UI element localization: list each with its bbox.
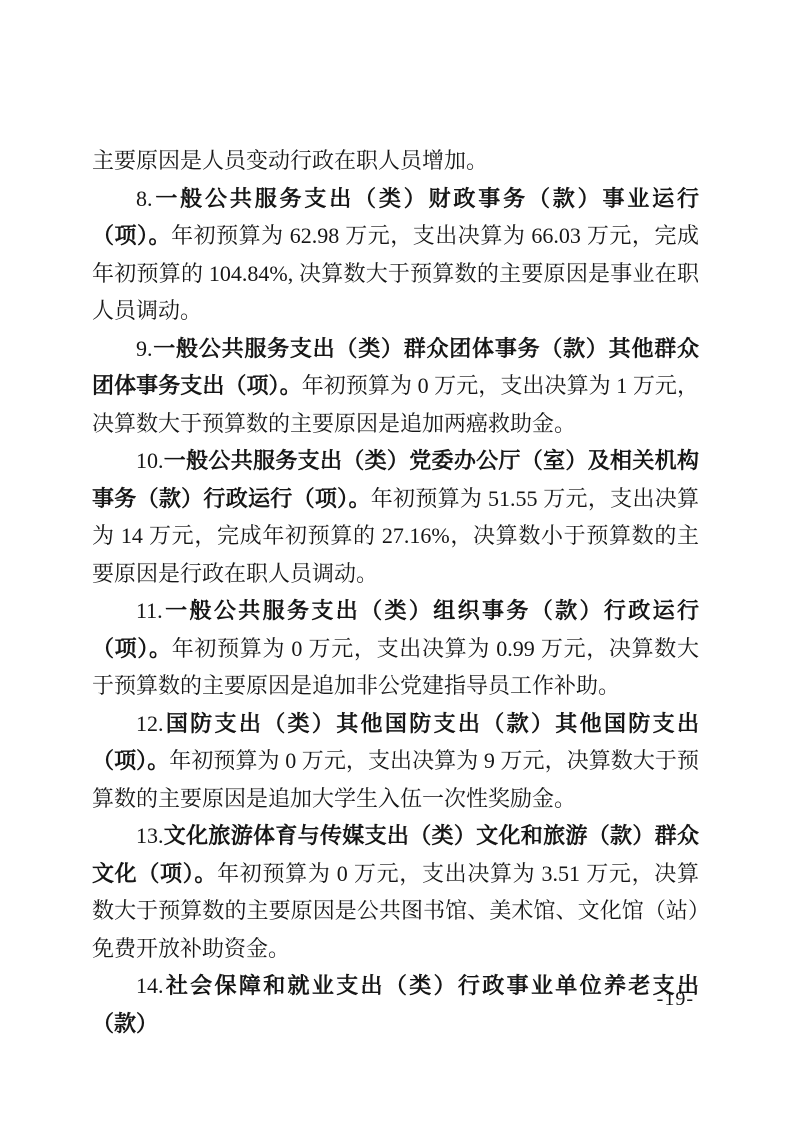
paragraph-body: 主要原因是人员变动行政在职人员增加。 [92, 148, 488, 173]
paragraph-body: 年初预算为 0 万元，支出决算为 0.99 万元，决算数大于预算数的主要原因是追… [92, 636, 699, 699]
paragraph: 主要原因是人员变动行政在职人员增加。 [92, 142, 699, 180]
paragraph-number: 14. [136, 973, 164, 998]
paragraph: 14.社会保障和就业支出（类）行政事业单位养老支出（款） [92, 967, 699, 1042]
paragraph: 13.文化旅游体育与传媒支出（类）文化和旅游（款）群众文化（项）。年初预算为 0… [92, 817, 699, 967]
document-page: 主要原因是人员变动行政在职人员增加。8.一般公共服务支出（类）财政事务（款）事业… [0, 0, 793, 1122]
paragraph-heading: 社会保障和就业支出（类）行政事业单位养老支出（款） [92, 973, 699, 1036]
document-body: 主要原因是人员变动行政在职人员增加。8.一般公共服务支出（类）财政事务（款）事业… [92, 142, 699, 1042]
paragraph: 12.国防支出（类）其他国防支出（款）其他国防支出（项）。年初预算为 0 万元，… [92, 705, 699, 818]
paragraph: 9.一般公共服务支出（类）群众团体事务（款）其他群众团体事务支出（项）。年初预算… [92, 330, 699, 443]
paragraph: 8.一般公共服务支出（类）财政事务（款）事业运行（项）。年初预算为 62.98 … [92, 180, 699, 330]
page-number: -19- [657, 988, 694, 1011]
paragraph-body: 年初预算为 62.98 万元，支出决算为 66.03 万元，完成年初预算的 10… [92, 223, 699, 323]
paragraph-number: 10. [136, 448, 164, 473]
paragraph: 11.一般公共服务支出（类）组织事务（款）行政运行（项）。年初预算为 0 万元，… [92, 592, 699, 705]
paragraph-number: 12. [136, 711, 164, 736]
paragraph-number: 13. [136, 823, 164, 848]
paragraph-body: 年初预算为 0 万元，支出决算为 9 万元，决算数大于预算数的主要原因是追加大学… [92, 748, 699, 811]
paragraph: 10.一般公共服务支出（类）党委办公厅（室）及相关机构事务（款）行政运行（项）。… [92, 442, 699, 592]
paragraph-number: 11. [136, 598, 163, 623]
paragraph-number: 8. [136, 186, 153, 211]
paragraph-number: 9. [136, 336, 153, 361]
